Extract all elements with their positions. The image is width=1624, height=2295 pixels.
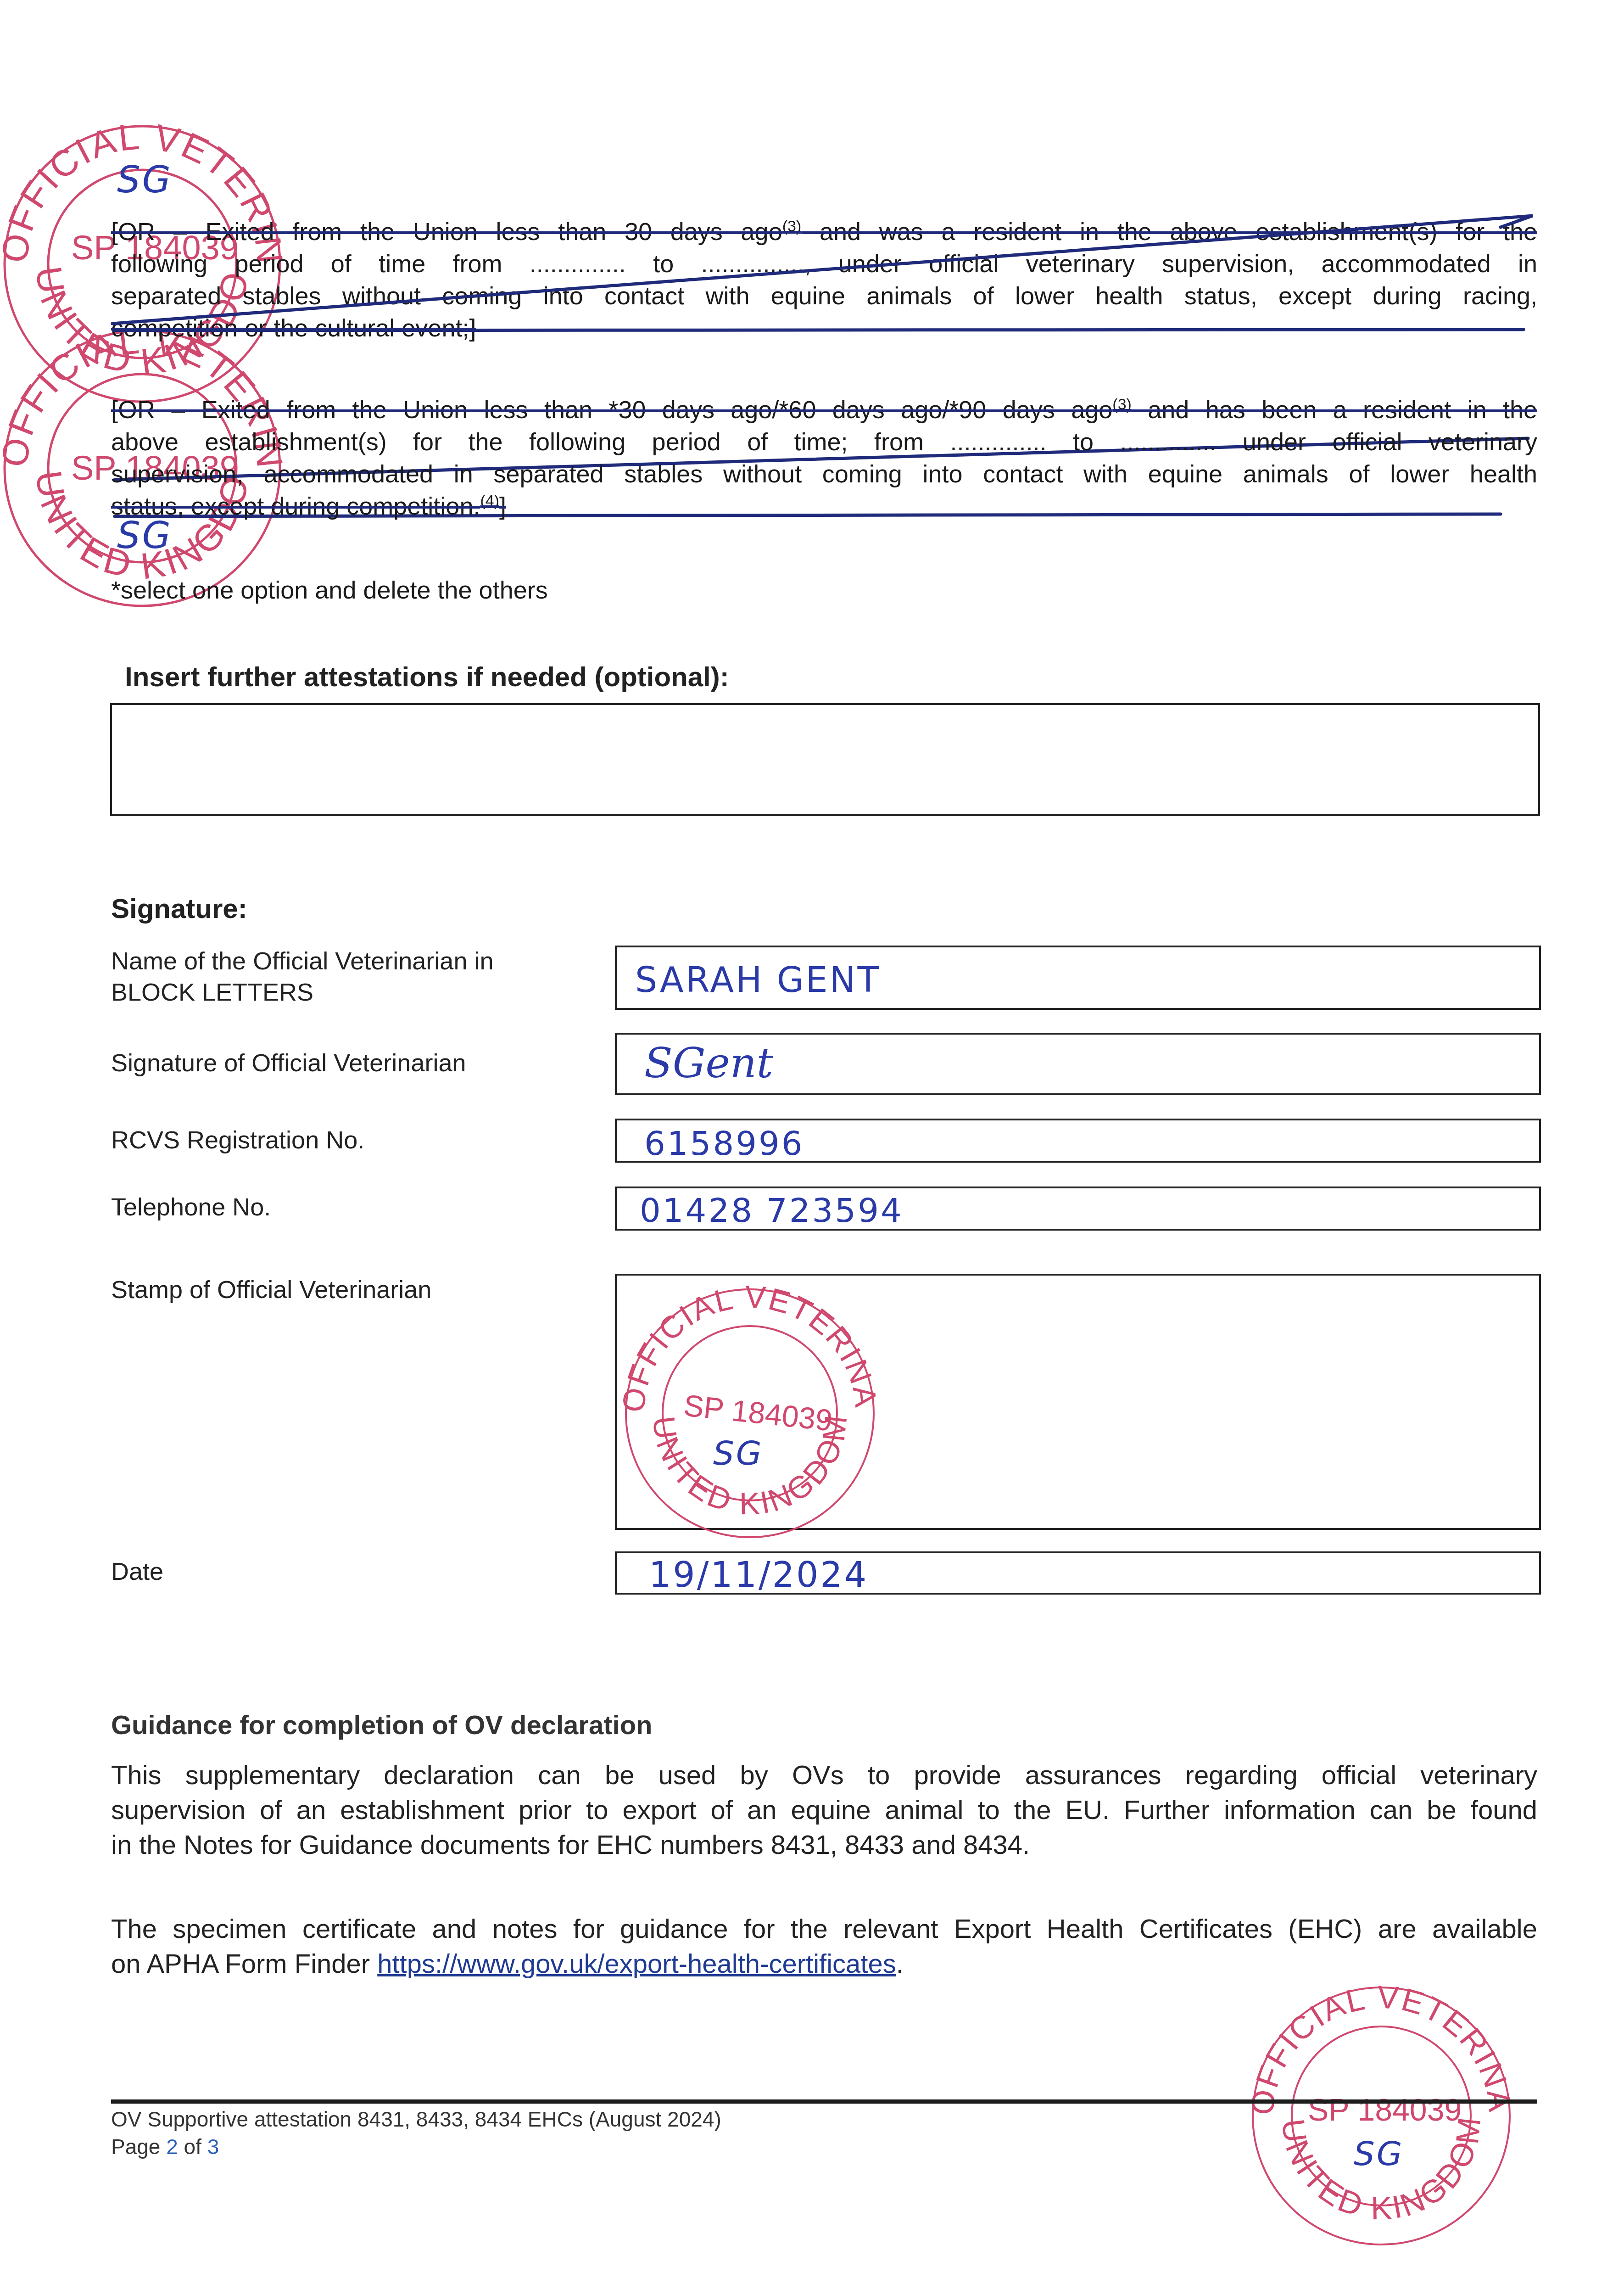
name-value: SARAH GENT [635, 959, 881, 1000]
signature-field[interactable]: SGent [615, 1033, 1541, 1095]
svg-text:SP 184039: SP 184039 [682, 1388, 834, 1438]
telephone-value: 01428 723594 [640, 1191, 904, 1230]
date-field[interactable]: 19/11/2024 [615, 1551, 1541, 1595]
export-health-certificates-link[interactable]: https://www.gov.uk/export-health-certifi… [377, 1949, 896, 1979]
rcvs-label: RCVS Registration No. [111, 1125, 364, 1156]
signature-label: Signature of Official Veterinarian [111, 1047, 466, 1079]
footer-title: OV Supportive attestation 8431, 8433, 84… [111, 2107, 721, 2132]
text-line: in the Notes for Guidance documents for … [111, 1828, 1537, 1863]
further-attestations-field[interactable] [110, 703, 1540, 816]
telephone-label: Telephone No. [111, 1192, 271, 1223]
attestation-option-2: [OR – Exited from the Union less than *3… [111, 394, 1537, 522]
signature-heading: Signature: [111, 893, 247, 924]
text-line: The specimen certificate and notes for g… [111, 1912, 1537, 1947]
page-number: Page 2 of 3 [111, 2134, 219, 2159]
svg-text:SP 184039: SP 184039 [1308, 2093, 1462, 2127]
text-line: supervision of an establishment prior to… [111, 1793, 1537, 1828]
text-line: status, except during competition.(4)] [111, 490, 1537, 522]
stamp-field[interactable]: OFFICIAL VETERINARIAN UNITED KINGDOM SP … [615, 1274, 1541, 1530]
initials: SG [713, 1434, 764, 1472]
stamp-label: Stamp of Official Veterinarian [111, 1274, 431, 1305]
official-veterinarian-stamp: OFFICIAL VETERINARIAN UNITED KINGDOM SP … [1248, 1983, 1514, 2249]
text-line: above establishment(s) for the following… [111, 426, 1537, 458]
guidance-paragraph-2: The specimen certificate and notes for g… [111, 1912, 1537, 1982]
select-option-note: *select one option and delete the others [111, 576, 548, 605]
footer-rule [111, 2099, 1537, 2104]
date-value: 19/11/2024 [649, 1554, 868, 1595]
initials: SG [1354, 2134, 1404, 2173]
rcvs-value: 6158996 [644, 1124, 804, 1163]
guidance-paragraph-1: This supplementary declaration can be us… [111, 1758, 1537, 1863]
name-field[interactable]: SARAH GENT [615, 946, 1541, 1010]
signature-value: SGent [644, 1039, 773, 1087]
name-label: Name of the Official Veterinarian in BLO… [111, 946, 493, 1008]
text-line: supervision, accommodated in separated s… [111, 458, 1537, 490]
further-attestations-heading: Insert further attestations if needed (o… [125, 661, 729, 693]
date-label: Date [111, 1556, 163, 1587]
telephone-field[interactable]: 01428 723594 [615, 1187, 1541, 1231]
text-line: on APHA Form Finder https://www.gov.uk/e… [111, 1947, 1537, 1982]
text-line: This supplementary declaration can be us… [111, 1758, 1537, 1793]
guidance-heading: Guidance for completion of OV declaratio… [111, 1710, 652, 1741]
rcvs-field[interactable]: 6158996 [615, 1119, 1541, 1163]
official-veterinarian-stamp: OFFICIAL VETERINARIAN UNITED KINGDOM SP … [621, 1285, 878, 1542]
text-line: [OR – Exited from the Union less than *3… [111, 394, 1537, 426]
